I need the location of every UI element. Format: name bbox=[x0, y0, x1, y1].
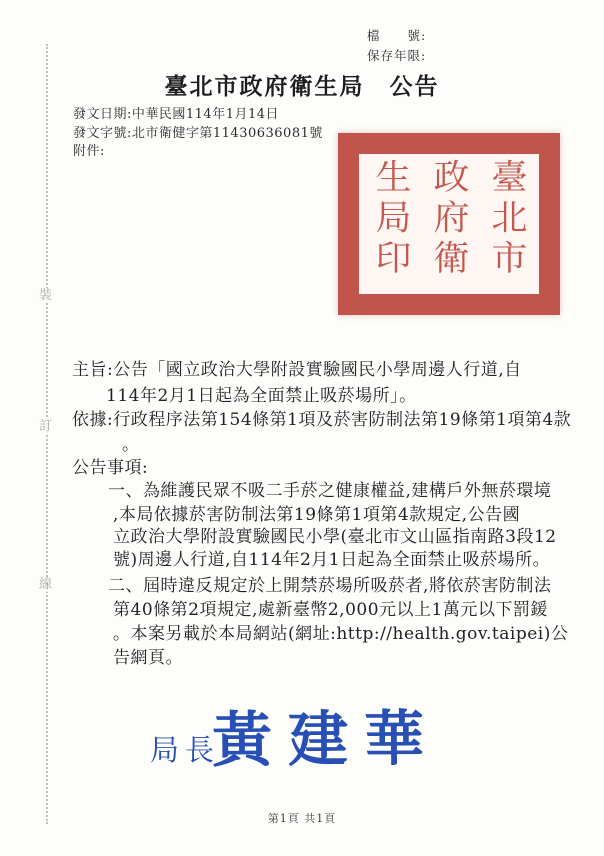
item2-line-4: 告網頁。 bbox=[113, 643, 183, 668]
binding-mark-ding: 訂 bbox=[39, 419, 52, 434]
binding-mark-zhuang: 裝 bbox=[39, 288, 52, 303]
item2-line-1: 二、屆時違反規定於上開禁菸場所吸菸者,將依菸害防制法 bbox=[108, 571, 551, 596]
director-signature: 黃建華 bbox=[212, 691, 441, 779]
basis-line-1: 依據:行政程序法第154條第1項及菸害防制法第19條第1項第4款 bbox=[72, 405, 571, 430]
subject-label: 主旨: bbox=[72, 360, 113, 380]
basis-label: 依據: bbox=[72, 410, 113, 430]
binding-dotted-line bbox=[46, 44, 48, 824]
binding-mark-xian: 線 bbox=[39, 577, 52, 592]
attachment-line: 附件: bbox=[73, 143, 323, 162]
director-title: 局長 bbox=[150, 728, 220, 769]
item2-label: 二、 bbox=[108, 576, 143, 596]
item1-line-1: 一、為維護民眾不吸二手菸之健康權益,建構戶外無菸環境 bbox=[108, 476, 551, 501]
item2-text: 屆時違反規定於上開禁菸場所吸菸者,將依菸害防制法 bbox=[143, 576, 551, 596]
retention-period-label: 保存年限: bbox=[367, 46, 426, 66]
item1-text: 為維護民眾不吸二手菸之健康權益,建構戶外無菸環境 bbox=[143, 481, 551, 501]
items-header: 公告事項: bbox=[72, 453, 148, 478]
reference-number-line: 發文字號:北市衛健字第11430636081號 bbox=[73, 125, 323, 144]
item1-label: 一、 bbox=[108, 481, 143, 501]
page-number-footer: 第1頁 共1頁 bbox=[0, 810, 604, 826]
file-number-label: 檔 號: bbox=[367, 26, 426, 46]
basis-text: 行政程序法第154條第1項及菸害防制法第19條第1項第4款 bbox=[113, 410, 571, 430]
official-seal: 臺北市政府衛生局印 bbox=[338, 133, 560, 315]
item2-line-2: 第40條第2項規定,處新臺幣2,000元以上1萬元以下罰鍰 bbox=[113, 595, 548, 620]
item1-line-4: 號)周邊人行道,自114年2月1日起為全面禁止吸菸場所。 bbox=[113, 545, 550, 570]
issue-date-line: 發文日期:中華民國114年1月14日 bbox=[73, 106, 323, 125]
subject-line-2: 114年2月1日起為全面禁止吸菸場所」。 bbox=[106, 381, 417, 406]
item1-line-3: 立政治大學附設實驗國民小學(臺北市文山區指南路3段12 bbox=[113, 522, 557, 547]
basis-line-2: 。 bbox=[122, 430, 140, 455]
official-seal-text: 臺北市政府衛生局印 bbox=[361, 158, 537, 290]
item2-line-3: 。本案另載於本局網站(網址:http://health.gov.taipei)公 bbox=[113, 619, 568, 644]
subject-text: 公告「國立政治大學附設實驗國民小學周邊人行道,自 bbox=[113, 360, 521, 380]
document-info-block: 發文日期:中華民國114年1月14日 發文字號:北市衛健字第1143063608… bbox=[73, 106, 323, 162]
document-title: 臺北市政府衛生局 公告 bbox=[0, 68, 604, 101]
subject-line-1: 主旨:公告「國立政治大學附設實驗國民小學周邊人行道,自 bbox=[72, 355, 522, 380]
file-number-block: 檔 號: 保存年限: bbox=[367, 26, 426, 66]
document-page: 裝 訂 線 檔 號: 保存年限: 臺北市政府衛生局 公告 發文日期:中華民國11… bbox=[0, 0, 604, 856]
